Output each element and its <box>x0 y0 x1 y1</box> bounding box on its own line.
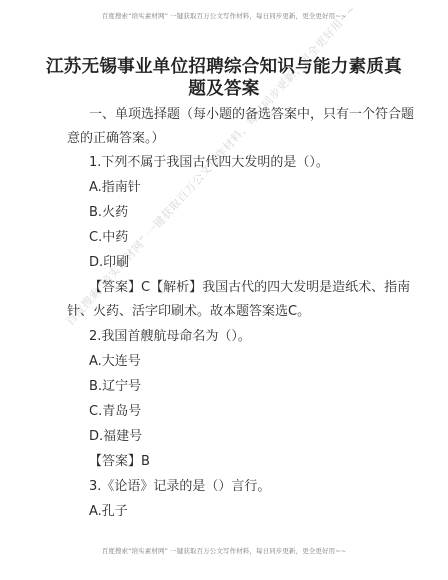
question-stem: 《论语》记录的是（）言行。 <box>101 479 270 494</box>
option-text: 孔子 <box>102 504 128 519</box>
q1-option-a: A.指南针 <box>89 180 141 196</box>
option-label: A. <box>89 504 102 519</box>
section-heading-line-1: 一、单项选择题（每小题的备选答案中，只有一个符合题 <box>89 107 414 123</box>
question-2: 2.我国首艘航母命名为（）。 <box>89 329 251 345</box>
option-label: C. <box>89 230 102 245</box>
option-text: 指南针 <box>102 180 141 195</box>
q1-answer-line-1: 【答案】C【解析】我国古代的四大发明是造纸术、指南 <box>89 280 410 296</box>
option-label: B. <box>89 379 102 394</box>
answer-letter: B <box>141 454 150 469</box>
section-heading-line-2: 意的正确答案。） <box>67 131 165 147</box>
q2-option-c: C.青岛号 <box>89 404 141 420</box>
option-text: 中药 <box>102 230 128 245</box>
answer-letter: C <box>141 280 150 295</box>
q1-option-b: B.火药 <box>89 205 128 221</box>
q2-answer: 【答案】B <box>89 454 150 470</box>
document-title-line-2: 题及答案 <box>0 78 448 100</box>
option-text: 火药 <box>102 205 128 220</box>
analysis-end: C。 <box>288 304 310 319</box>
option-label: B. <box>89 205 102 220</box>
question-stem: 下列不属于我国古代四大发明的是（）。 <box>101 155 329 170</box>
q3-option-a: A.孔子 <box>89 504 128 520</box>
option-label: A. <box>89 354 102 369</box>
option-label: D. <box>89 429 103 444</box>
q1-answer-line-2: 针、火药、活字印刷术。故本题答案选C。 <box>67 304 310 320</box>
q2-option-a: A.大连号 <box>89 354 141 370</box>
option-label: A. <box>89 180 102 195</box>
option-text: 印刷 <box>103 255 129 270</box>
question-3: 3.《论语》记录的是（）言行。 <box>89 479 270 495</box>
q1-option-c: C.中药 <box>89 230 128 246</box>
option-text: 青岛号 <box>102 404 141 419</box>
answer-tag: 【答案】 <box>89 454 141 469</box>
question-stem: 我国首艘航母命名为（）。 <box>101 329 251 344</box>
document-title-line-1: 江苏无锡事业单位招聘综合知识与能力素质真 <box>0 56 448 78</box>
footer-banner: 百度搜索“培实素材网” 一键获取百万公文写作材料，每日同步更新，更全更好用~~ <box>0 546 448 555</box>
q1-option-d: D.印刷 <box>89 255 129 271</box>
question-number: 1. <box>89 155 101 170</box>
q2-option-d: D.福建号 <box>89 429 142 445</box>
question-number: 2. <box>89 329 101 344</box>
analysis-text: 我国古代的四大发明是造纸术、指南 <box>202 280 410 295</box>
answer-tag: 【答案】 <box>89 280 141 295</box>
header-banner: 百度搜索“培实素材网” 一键获取百万公文写作材料，每日同步更新，更全更好用~~ <box>0 11 448 20</box>
option-text: 福建号 <box>103 429 142 444</box>
option-label: D. <box>89 255 103 270</box>
option-text: 大连号 <box>102 354 141 369</box>
analysis-tag: 【解析】 <box>150 280 202 295</box>
option-text: 辽宁号 <box>102 379 141 394</box>
analysis-text: 针、火药、活字印刷术。故本题答案选 <box>67 304 288 319</box>
option-label: C. <box>89 404 102 419</box>
question-1: 1.下列不属于我国古代四大发明的是（）。 <box>89 155 329 171</box>
question-number: 3. <box>89 479 101 494</box>
q2-option-b: B.辽宁号 <box>89 379 141 395</box>
